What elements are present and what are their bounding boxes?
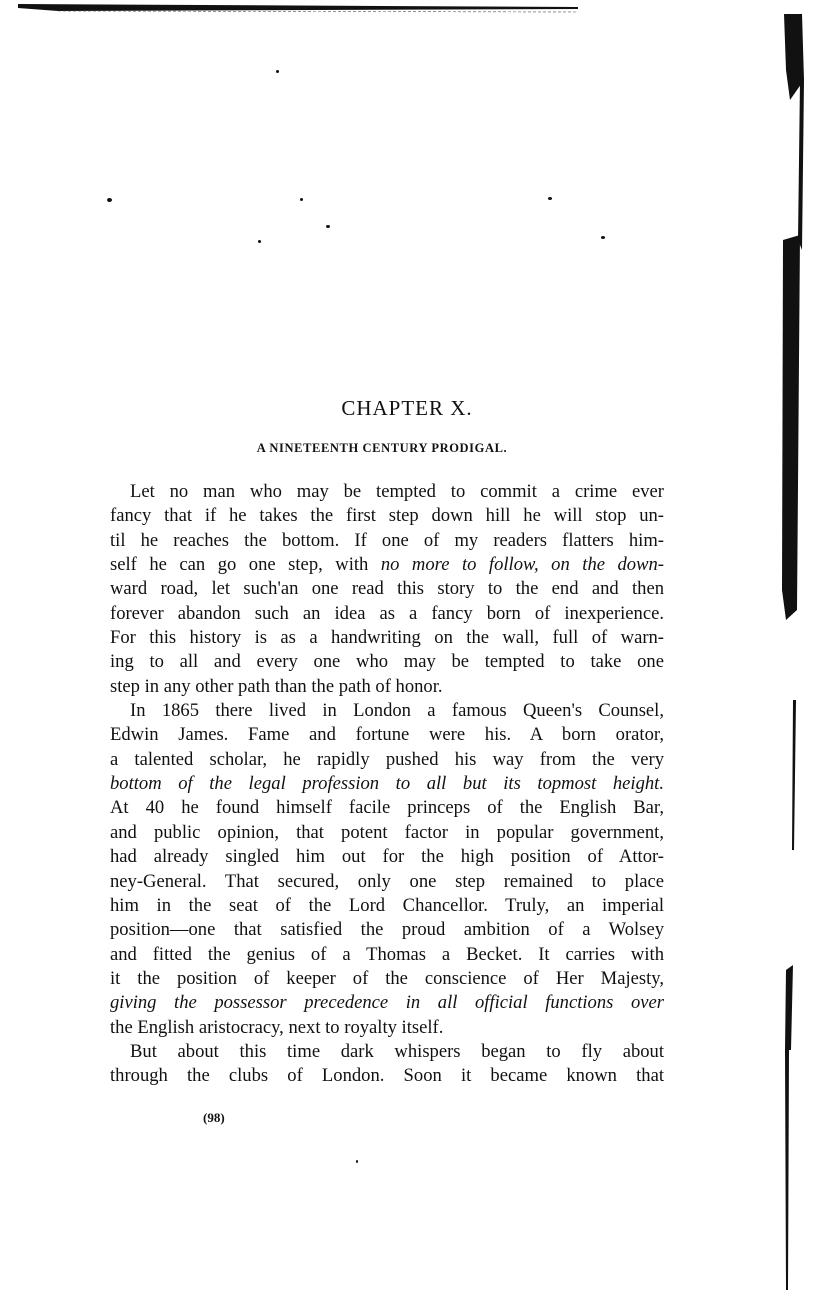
text-line: step in any other path than the path of …: [110, 675, 664, 699]
text-run: the English aristocracy, next to royalty…: [110, 1017, 443, 1038]
text-run: step in any other path than the path of …: [110, 676, 443, 697]
text-line: and public opinion, that potent factor i…: [110, 821, 664, 845]
text-line: bottom of the legal profession to all bu…: [110, 772, 664, 796]
text-run: ward road, let such'an one read this sto…: [110, 578, 664, 599]
text-run: and public opinion, that potent factor i…: [110, 822, 664, 843]
text-line: him in the seat of the Lord Chancellor. …: [110, 894, 664, 918]
scan-spine-shadow: [780, 10, 814, 1292]
italic-text-run: giving the possessor precedence in all o…: [110, 992, 664, 1013]
text-line: ward road, let such'an one read this sto…: [110, 577, 664, 601]
scan-speck: [356, 1160, 358, 1163]
scan-speck: [258, 240, 261, 243]
text-run: But about this time dark whispers began …: [130, 1041, 664, 1062]
chapter-title: CHAPTER X.: [0, 396, 814, 421]
text-run: At 40 he found himself facile princeps o…: [110, 797, 664, 818]
scan-speck: [276, 70, 279, 73]
text-line: through the clubs of London. Soon it bec…: [110, 1064, 664, 1088]
text-line: In 1865 there lived in London a famous Q…: [110, 699, 664, 723]
text-run: In 1865 there lived in London a famous Q…: [130, 700, 664, 721]
scan-speck: [548, 197, 552, 200]
text-run: it the position of keeper of the conscie…: [110, 968, 664, 989]
text-line: and fitted the genius of a Thomas a Beck…: [110, 943, 664, 967]
text-line: til he reaches the bottom. If one of my …: [110, 529, 664, 553]
text-line: For this history is as a handwriting on …: [110, 626, 664, 650]
text-line: At 40 he found himself facile princeps o…: [110, 796, 664, 820]
italic-text-run: no more to follow, on the down-: [381, 554, 664, 575]
text-run: Let no man who may be tempted to commit …: [130, 481, 664, 502]
text-line: But about this time dark whispers began …: [110, 1040, 664, 1064]
page-number: (98): [203, 1110, 225, 1126]
text-line: Edwin James. Fame and fortune were his. …: [110, 723, 664, 747]
text-line: it the position of keeper of the conscie…: [110, 967, 664, 991]
scan-speck: [601, 236, 605, 239]
text-run: forever abandon such an idea as a fancy …: [110, 603, 664, 624]
text-run: ing to all and every one who may be temp…: [110, 651, 664, 672]
text-line: giving the possessor precedence in all o…: [110, 991, 664, 1015]
text-run: a talented scholar, he rapidly pushed hi…: [110, 749, 664, 770]
text-line: position—one that satisfied the proud am…: [110, 918, 664, 942]
text-line: ing to all and every one who may be temp…: [110, 650, 664, 674]
text-run: and fitted the genius of a Thomas a Beck…: [110, 944, 664, 965]
text-run: him in the seat of the Lord Chancellor. …: [110, 895, 664, 916]
book-page: CHAPTER X. A NINETEENTH CENTURY PRODIGAL…: [0, 0, 814, 1292]
text-run: position—one that satisfied the proud am…: [110, 919, 664, 940]
text-run: fancy that if he takes the first step do…: [110, 505, 664, 526]
text-run: For this history is as a handwriting on …: [110, 627, 664, 648]
text-line: forever abandon such an idea as a fancy …: [110, 602, 664, 626]
chapter-subtitle: A NINETEENTH CENTURY PRODIGAL.: [0, 441, 764, 456]
scan-speck: [300, 198, 303, 201]
text-line: a talented scholar, he rapidly pushed hi…: [110, 748, 664, 772]
text-line: fancy that if he takes the first step do…: [110, 504, 664, 528]
text-run: Edwin James. Fame and fortune were his. …: [110, 724, 664, 745]
text-line: had already singled him out for the high…: [110, 845, 664, 869]
text-run: had already singled him out for the high…: [110, 846, 664, 867]
text-line: Let no man who may be tempted to commit …: [110, 480, 664, 504]
text-run: ney-General. That secured, only one step…: [110, 871, 664, 892]
text-line: the English aristocracy, next to royalty…: [110, 1016, 664, 1040]
text-line: self he can go one step, with no more to…: [110, 553, 664, 577]
text-line: ney-General. That secured, only one step…: [110, 870, 664, 894]
text-run: til he reaches the bottom. If one of my …: [110, 530, 664, 551]
italic-text-run: bottom of the legal profession to all bu…: [110, 773, 664, 794]
text-run: self he can go one step, with: [110, 554, 381, 575]
scan-speck: [107, 198, 112, 202]
scan-speck: [326, 225, 330, 228]
chapter-body-text: Let no man who may be tempted to commit …: [110, 480, 664, 1089]
text-run: through the clubs of London. Soon it bec…: [110, 1065, 664, 1086]
scan-edge-artifact: [18, 4, 578, 14]
